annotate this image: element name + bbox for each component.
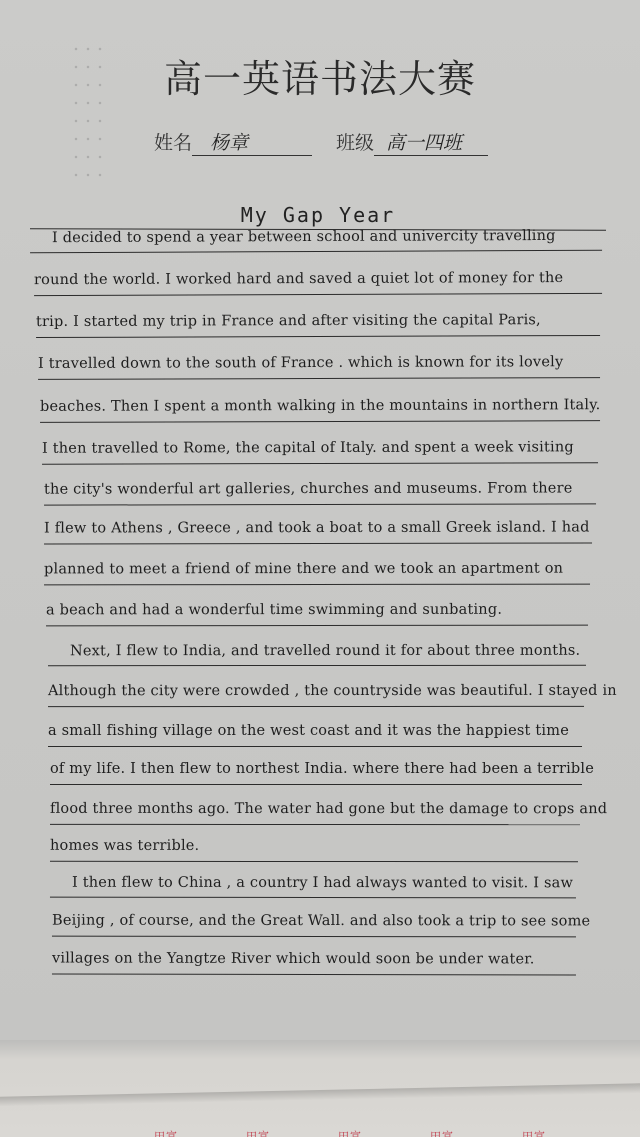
name-label: 姓名 [154, 132, 192, 154]
stamp-mark: 田富 [154, 1128, 178, 1137]
essay-line: beaches. Then I spent a month walking in… [40, 390, 600, 423]
class-field: 班级高一四班 [336, 128, 488, 156]
essay-line: I flew to Athens , Greece , and took a b… [44, 512, 592, 544]
essay-line: I decided to spend a year between school… [30, 221, 602, 253]
essay-line: Although the city were crowded , the cou… [48, 676, 584, 707]
name-value: 杨章 [192, 128, 312, 156]
essay-line: of my life. I then flew to northest Indi… [50, 754, 582, 785]
essay-line: Next, I flew to India, and travelled rou… [48, 636, 586, 666]
red-stamp-row: 田富田富田富田富田富 [120, 1128, 580, 1137]
stamp-mark: 田富 [522, 1128, 546, 1137]
class-label: 班级 [336, 132, 374, 154]
name-field: 姓名杨章 [154, 128, 312, 156]
essay-line: Beijing , of course, and the Great Wall.… [52, 906, 576, 938]
stamp-mark: 田富 [246, 1128, 270, 1137]
essay-line: I then travelled to Rome, the capital of… [42, 432, 598, 464]
essay-line: the city's wonderful art galleries, chur… [44, 473, 596, 505]
stamp-mark: 田富 [430, 1128, 454, 1137]
essay-line: a beach and had a wonderful time swimmin… [46, 595, 588, 627]
essay-line: I then flew to China , a country I had a… [50, 868, 576, 899]
essay-line: homes was terrible. [50, 831, 578, 862]
essay-line: flood three months ago. The water had go… [50, 794, 580, 825]
stamp-mark: 田富 [338, 1128, 362, 1137]
contest-title: 高一英语书法大赛 [0, 48, 640, 103]
essay-line: villages on the Yangtze River which woul… [52, 943, 576, 975]
essay-line: round the world. I worked hard and saved… [34, 263, 602, 296]
essay-line: I travelled down to the south of France … [38, 347, 600, 380]
essay-line: a small fishing village on the west coas… [48, 716, 582, 747]
class-value: 高一四班 [374, 128, 488, 156]
essay-line: trip. I started my trip in France and af… [36, 305, 600, 338]
contest-paper: 高一英语书法大赛 姓名杨章 班级高一四班 My Gap Year I decid… [0, 0, 640, 1040]
essay-line: planned to meet a friend of mine there a… [44, 554, 590, 586]
